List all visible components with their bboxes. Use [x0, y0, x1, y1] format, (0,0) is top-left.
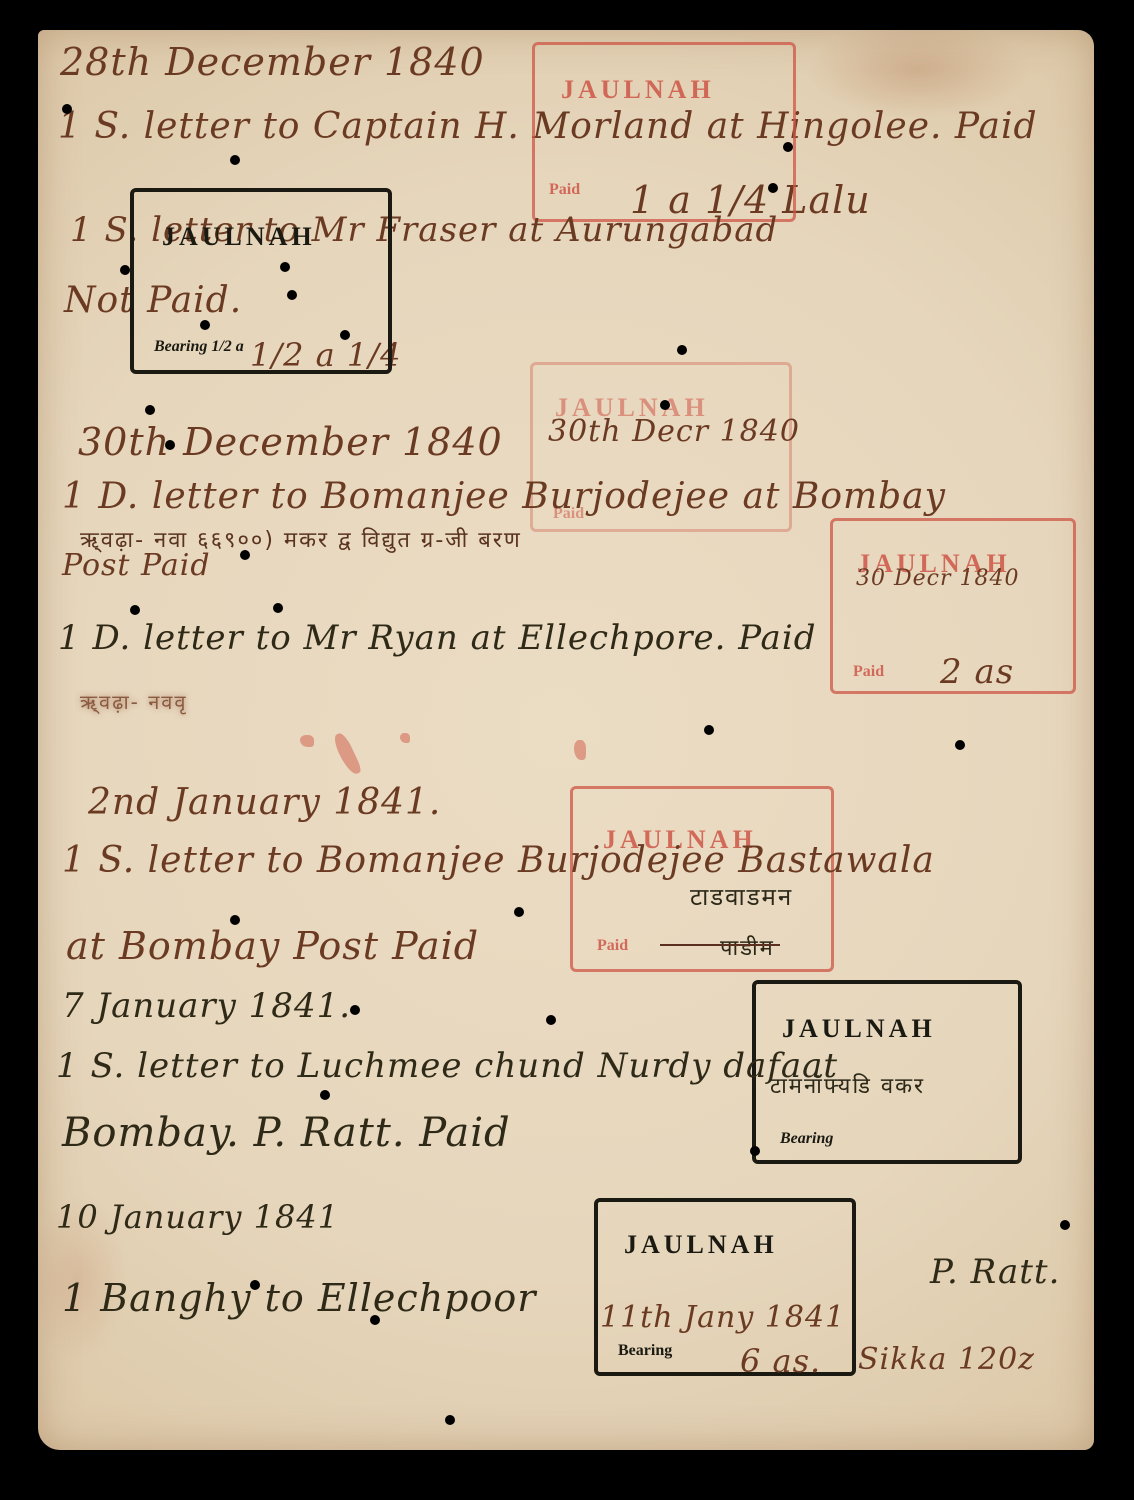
punch-hole [250, 1280, 260, 1290]
punch-hole [273, 603, 283, 613]
entry-7-fee: 6 as. [740, 1342, 821, 1380]
punch-hole [230, 155, 240, 165]
punch-hole [514, 907, 524, 917]
entry-7-weight: Sikka 120z [858, 1342, 1035, 1377]
stamp-5-sub: Paid [597, 937, 628, 955]
stamp-1-name: JAULNAH [561, 75, 715, 105]
entry-7-date: 10 January 1841 [56, 1198, 339, 1236]
ink-splotch [300, 735, 314, 747]
punch-hole [145, 405, 155, 415]
punch-hole [287, 290, 297, 300]
entry-4-text: 1 D. letter to Mr Ryan at Ellechpore. Pa… [58, 618, 816, 658]
stamp-2-sub: Bearing 1/2 a [154, 338, 244, 356]
entry-5-text: 1 S. letter to Bomanjee Burjodejee Basta… [62, 840, 935, 881]
stamp-3-date: 30th Decr 1840 [548, 414, 800, 449]
entry-5-date: 2nd January 1841. [88, 782, 441, 823]
entry-6-text: 1 S. letter to Luchmee chund Nurdy dafaa… [56, 1046, 838, 1086]
entry-5-script-note-2: पाडीम [720, 932, 775, 962]
punch-hole [768, 183, 778, 193]
punch-hole [955, 740, 965, 750]
stamp-6-name: JAULNAH [782, 1014, 936, 1044]
stamp-7-date: 11th Jany 1841 [600, 1300, 845, 1335]
stamp-4-date: 30 Decr 1840 [856, 566, 1019, 591]
punch-hole [165, 440, 175, 450]
entry-3-status: Post Paid [62, 548, 211, 583]
entry-6-date: 7 January 1841. [62, 986, 351, 1026]
punch-hole [200, 320, 210, 330]
stamp-7-sub: Bearing [618, 1342, 672, 1360]
entry-3-text: 1 D. letter to Bomanjee Burjodejee at Bo… [62, 476, 946, 517]
postmark-stamp-2: JAULNAH Bearing 1/2 a [130, 188, 392, 374]
punch-hole [62, 104, 72, 114]
punch-hole [130, 605, 140, 615]
punch-hole [280, 262, 290, 272]
punch-hole [1060, 1220, 1070, 1230]
punch-hole [120, 265, 130, 275]
punch-hole [340, 330, 350, 340]
entry-1-date: 28th December 1840 [60, 40, 485, 84]
punch-hole [445, 1415, 455, 1425]
punch-hole [230, 915, 240, 925]
entry-4-script-note: ऋ्वढ़ा- नववृ [80, 688, 188, 715]
punch-hole [320, 1090, 330, 1100]
punch-hole [350, 1005, 360, 1015]
punch-hole [370, 1315, 380, 1325]
stamp-1-sub: Paid [549, 181, 580, 199]
stamp-6-sub: Bearing [780, 1130, 833, 1148]
stamp-2-name: JAULNAH [162, 222, 316, 252]
entry-6-text-2: Bombay. P. Ratt. Paid [62, 1110, 511, 1156]
entry-7-text: 1 Banghy to Ellechpoor [62, 1276, 536, 1320]
entry-6-script-note: टामनॉफ्यडि वकर [770, 1070, 925, 1100]
strike-through-line [660, 944, 780, 946]
punch-hole [546, 1015, 556, 1025]
entry-5-script-note: टाडवाडमन [690, 880, 793, 913]
entry-4-fee: 2 as [940, 652, 1014, 692]
entry-7-text-end: P. Ratt. [930, 1252, 1060, 1292]
stamp-4-sub: Paid [853, 663, 884, 681]
entry-3-date: 30th December 1840 [78, 420, 503, 464]
postmark-stamp-1: JAULNAH Paid [532, 42, 796, 222]
punch-hole [677, 345, 687, 355]
punch-hole [750, 1146, 760, 1156]
entry-5-text-2: at Bombay Post Paid [66, 924, 479, 968]
stamp-7-name: JAULNAH [624, 1230, 778, 1260]
punch-hole [783, 142, 793, 152]
ink-splotch [574, 740, 586, 760]
ink-splotch [400, 733, 410, 743]
punch-hole [704, 725, 714, 735]
punch-hole [660, 400, 670, 410]
punch-hole [240, 550, 250, 560]
